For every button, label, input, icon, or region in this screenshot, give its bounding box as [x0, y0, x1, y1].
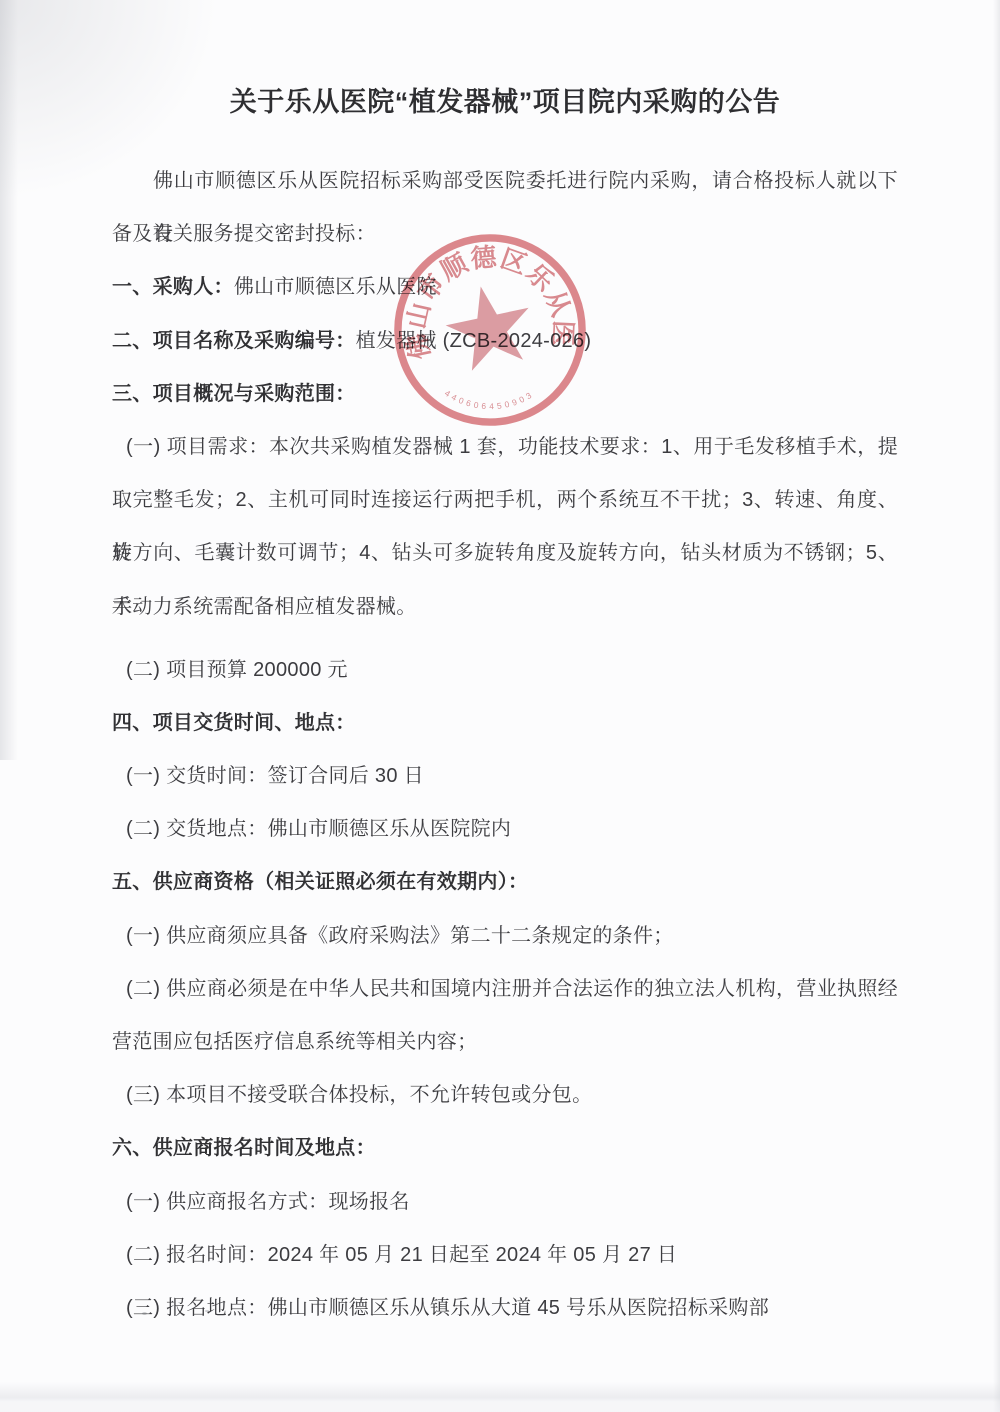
- registration-item: (二) 报名时间：2024 年 05 月 21 日起至 2024 年 05 月 …: [112, 1229, 898, 1282]
- budget-line: (二) 项目预算 200000 元: [112, 644, 898, 697]
- section-label: 一、采购人：: [112, 276, 234, 298]
- document-body: 佛山市顺德区乐从医院招标采购部受医院委托进行院内采购，请合格投标人就以下设 备及…: [112, 155, 898, 1335]
- requirement-line: 转方向、毛囊计数可调节；4、钻头可多旋转角度及旋转方向，钻头材质为不锈钢；5、手: [112, 527, 898, 580]
- scanned-document-page: 关于乐从医院“植发器械”项目院内采购的公告 佛山市顺德区乐从医院招标采购部受医院…: [0, 0, 1000, 1412]
- requirement-line: 术动力系统需配备相应植发器械。: [112, 581, 898, 634]
- scan-edge-shadow-right: [993, 0, 1000, 1412]
- section-overview-heading: 三、项目概况与采购范围：: [112, 368, 898, 421]
- section-label: 二、项目名称及采购编号：: [112, 330, 356, 352]
- qualification-item-continuation: 营范围应包括医疗信息系统等相关内容；: [112, 1016, 898, 1069]
- section-project: 二、项目名称及采购编号：植发器械 (ZCB-2024-026): [112, 315, 898, 368]
- scan-edge-shadow-left: [0, 0, 18, 760]
- delivery-item: (二) 交货地点：佛山市顺德区乐从医院院内: [112, 803, 898, 856]
- registration-item: (一) 供应商报名方式：现场报名: [112, 1176, 898, 1229]
- delivery-item: (一) 交货时间：签订合同后 30 日: [112, 750, 898, 803]
- section-purchaser: 一、采购人：佛山市顺德区乐从医院: [112, 261, 898, 314]
- document-title: 关于乐从医院“植发器械”项目院内采购的公告: [112, 80, 898, 119]
- registration-item: (三) 报名地点：佛山市顺德区乐从镇乐从大道 45 号乐从医院招标采购部: [112, 1282, 898, 1335]
- intro-line: 备及有关服务提交密封投标：: [112, 208, 898, 261]
- section-qualification-heading: 五、供应商资格（相关证照必须在有效期内）：: [112, 856, 898, 909]
- requirement-line: 取完整毛发；2、主机可同时连接运行两把手机，两个系统互不干扰；3、转速、角度、旋: [112, 474, 898, 527]
- section-value: 佛山市顺德区乐从医院: [234, 276, 437, 298]
- requirement-line: (一) 项目需求：本次共采购植发器械 1 套，功能技术要求：1、用于毛发移植手术…: [112, 421, 898, 474]
- qualification-item: (三) 本项目不接受联合体投标，不允许转包或分包。: [112, 1069, 898, 1122]
- qualification-item: (二) 供应商必须是在中华人民共和国境内注册并合法运作的独立法人机构，营业执照经: [112, 963, 898, 1016]
- intro-line: 佛山市顺德区乐从医院招标采购部受医院委托进行院内采购，请合格投标人就以下设: [112, 155, 898, 208]
- qualification-item: (一) 供应商须应具备《政府采购法》第二十二条规定的条件；: [112, 910, 898, 963]
- section-value: 植发器械 (ZCB-2024-026): [356, 330, 592, 352]
- section-delivery-heading: 四、项目交货时间、地点：: [112, 697, 898, 750]
- scan-edge-shadow-bottom: [0, 1382, 1000, 1412]
- section-registration-heading: 六、供应商报名时间及地点：: [112, 1122, 898, 1175]
